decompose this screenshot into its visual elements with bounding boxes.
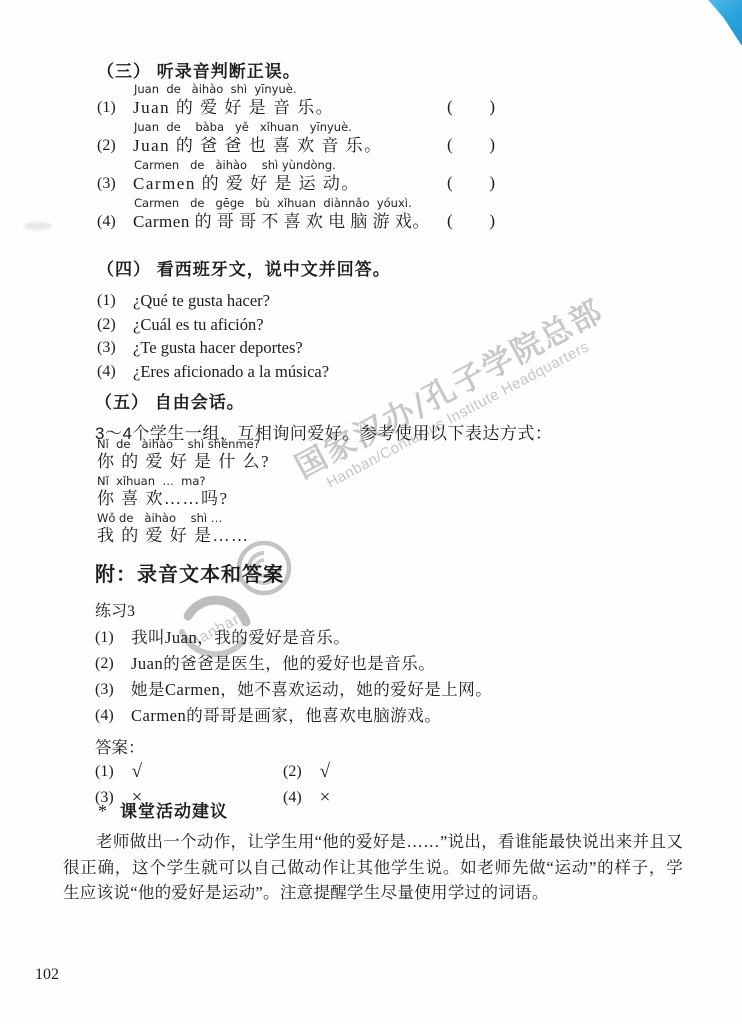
check-mark: √ xyxy=(132,763,142,781)
bracket-close: ) xyxy=(489,97,495,117)
item-text: Carmen的哥哥是画家，他喜欢电脑游戏。 xyxy=(131,707,441,725)
bracket-close: ) xyxy=(489,211,495,231)
bracket-open: ( xyxy=(447,97,453,117)
pinyin-line: Carmen de gēge bù xǐhuan diànnǎo yóuxì. xyxy=(134,197,537,210)
check-mark: √ xyxy=(320,763,330,781)
answer-brackets: ( ) xyxy=(447,135,495,155)
bracket-open: ( xyxy=(447,173,453,193)
item-text: Juan的爸爸是医生，他的爱好也是音乐。 xyxy=(131,655,435,673)
spanish-item-2: (2) ¿Cuál es tu afición? xyxy=(97,316,597,333)
answer-2: (2) √ xyxy=(283,763,330,781)
transcript-item-1: (1) 我叫Juan，我的爱好是音乐。 xyxy=(95,629,655,647)
section-spanish: （四） 看西班牙文，说中文并回答。 (1) ¿Qué te gusta hace… xyxy=(97,255,597,380)
pinyin-line: Juan de bàba yě xǐhuan yīnyuè. xyxy=(134,121,537,134)
bracket-close: ) xyxy=(489,173,495,193)
suggestion-body: 老师做出一个动作，让学生用“他的爱好是……”说出，看谁能最快说出来并且又很正确，… xyxy=(63,829,683,906)
item-number: (4) xyxy=(97,363,133,380)
answer-1: (1) √ xyxy=(95,763,142,781)
item-number: (4) xyxy=(97,211,133,232)
appendix: 附：录音文本和答案 练习3 (1) 我叫Juan，我的爱好是音乐。 (2) Ju… xyxy=(95,558,655,815)
spanish-item-4: (4) ¿Eres aficionado a la música? xyxy=(97,363,597,380)
bracket-open: ( xyxy=(447,135,453,155)
hanzi-line: 你 的 爱 好 是 什 么? xyxy=(97,452,270,471)
expression-3: Wǒ de àihào shì … 我 的 爱 好 是…… xyxy=(97,512,250,545)
item-number: (2) xyxy=(97,135,133,156)
corner-marker xyxy=(692,0,742,46)
pinyin-line: Wǒ de àihào shì … xyxy=(97,512,250,525)
appendix-subheading: 练习3 xyxy=(95,598,655,621)
pinyin-line: Juan de àihào shì yīnyuè. xyxy=(134,83,537,96)
spanish-item-1: (1) ¿Qué te gusta hacer? xyxy=(97,292,597,309)
bracket-open: ( xyxy=(447,211,453,231)
hanzi-line: 我 的 爱 好 是…… xyxy=(97,526,250,545)
section-conversation: （五） 自由会话。 3～4个学生一组，互相询问爱好。参考使用以下表达方式： Nǐ… xyxy=(95,388,655,444)
item-text: ¿Cuál es tu afición? xyxy=(133,316,264,333)
spanish-item-3: (3) ¿Te gusta hacer deportes? xyxy=(97,339,597,356)
section4-heading: （四） 看西班牙文，说中文并回答。 xyxy=(97,255,597,280)
page-number: 102 xyxy=(35,966,59,984)
appendix-heading: 附：录音文本和答案 xyxy=(95,558,655,587)
answer-number: (2) xyxy=(283,763,302,781)
section3-heading: （三） 听录音判断正误。 xyxy=(97,57,657,82)
answer-brackets: ( ) xyxy=(447,173,495,193)
transcript-item-4: (4) Carmen的哥哥是画家，他喜欢电脑游戏。 xyxy=(95,707,655,725)
answers-label: 答案： xyxy=(95,734,655,758)
bracket-close: ) xyxy=(489,135,495,155)
item-text: Juan 的 爱 好 是 音 乐。 xyxy=(133,97,334,118)
item-text: Juan 的 爸 爸 也 喜 欢 音 乐。 xyxy=(133,135,383,156)
asterisk-bullet: * xyxy=(98,801,120,822)
item-number: (1) xyxy=(97,97,133,118)
expression-1: Nǐ de àihào shì shénme? 你 的 爱 好 是 什 么? xyxy=(97,438,270,471)
listening-item-2: Juan de bàba yě xǐhuan yīnyuè. (2) Juan … xyxy=(97,121,537,156)
pinyin-line: Carmen de àihào shì yùndòng. xyxy=(134,159,537,172)
pinyin-line: Nǐ de àihào shì shénme? xyxy=(97,438,270,451)
answer-brackets: ( ) xyxy=(447,97,495,117)
expression-2: Nǐ xǐhuan … ma? 你 喜 欢……吗? xyxy=(97,475,229,508)
item-text: 我叫Juan，我的爱好是音乐。 xyxy=(131,629,350,647)
listening-item-4: Carmen de gēge bù xǐhuan diànnǎo yóuxì. … xyxy=(97,197,537,232)
item-text: Carmen 的 哥 哥 不 喜 欢 电 脑 游 戏。 xyxy=(133,211,430,232)
section5-heading: （五） 自由会话。 xyxy=(95,388,655,413)
item-number: (2) xyxy=(95,655,131,673)
item-text: 她是Carmen，她不喜欢运动，她的爱好是上网。 xyxy=(131,681,492,699)
item-text: ¿Qué te gusta hacer? xyxy=(133,292,270,309)
answer-brackets: ( ) xyxy=(447,211,495,231)
hanzi-line: 你 喜 欢……吗? xyxy=(97,489,229,508)
item-text: Carmen 的 爱 好 是 运 动。 xyxy=(133,173,360,194)
suggestion-heading: 课堂活动建议 xyxy=(120,797,228,822)
item-text: ¿Te gusta hacer deportes? xyxy=(133,339,303,356)
item-number: (3) xyxy=(95,681,131,699)
transcript-item-2: (2) Juan的爸爸是医生，他的爱好也是音乐。 xyxy=(95,655,655,673)
listening-item-1: Juan de àihào shì yīnyuè. (1) Juan 的 爱 好… xyxy=(97,83,537,118)
paper-smudge xyxy=(24,222,52,230)
item-text: ¿Eres aficionado a la música? xyxy=(133,363,329,380)
answer-number: (1) xyxy=(95,763,114,781)
textbook-page: 国家汉办/孔子学院总部 Hanban/Confucius Institute H… xyxy=(0,0,742,1024)
item-number: (1) xyxy=(97,292,133,309)
classroom-suggestion: * 课堂活动建议 老师做出一个动作，让学生用“他的爱好是……”说出，看谁能最快说… xyxy=(63,797,683,906)
transcript-item-3: (3) 她是Carmen，她不喜欢运动，她的爱好是上网。 xyxy=(95,681,655,699)
listening-item-3: Carmen de àihào shì yùndòng. (3) Carmen … xyxy=(97,159,537,194)
section-listening: （三） 听录音判断正误。 Juan de àihào shì yīnyuè. (… xyxy=(97,57,657,82)
item-number: (4) xyxy=(95,707,131,725)
item-number: (3) xyxy=(97,339,133,356)
pinyin-line: Nǐ xǐhuan … ma? xyxy=(97,475,229,488)
item-number: (3) xyxy=(97,173,133,194)
item-number: (1) xyxy=(95,629,131,647)
item-number: (2) xyxy=(97,316,133,333)
